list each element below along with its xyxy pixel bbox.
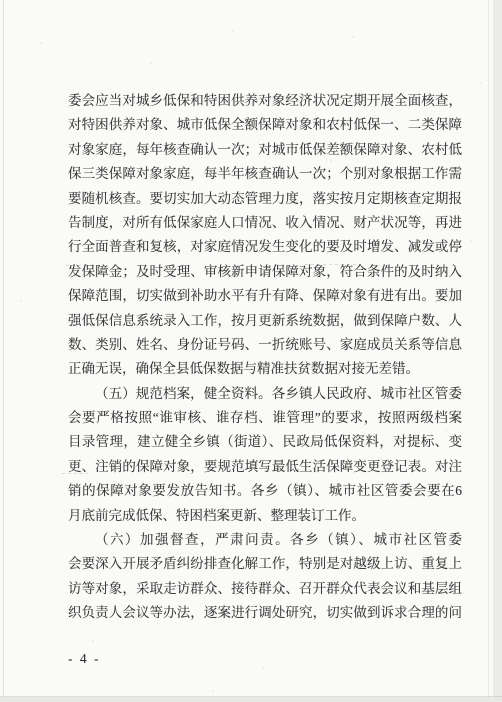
text-line: 销的保障对象要发放告知书。各乡（镇）、城市社区管委会要在6 (68, 479, 462, 503)
text-line: 会要深入开展矛盾纠纷排查化解工作，特别是对越级上访、重复上 (68, 552, 462, 576)
scan-edge-left (3, 0, 4, 702)
text-line: 目录管理，建立健全乡镇（街道）、民政局低保资料，对提标、变 (68, 430, 462, 454)
text-line: 委会应当对城乡低保和特困供养对象经济状况定期开展全面核查， (68, 89, 462, 113)
text-line: 月底前完成低保、特困档案更新、整理装订工作。 (68, 504, 462, 528)
text-line: 要随机核查。要切实加大动态管理力度，落实按月定期核查定期报 (68, 187, 462, 211)
text-line: 发保障金；及时受理、审核新申请保障对象，符合条件的及时纳入 (68, 260, 462, 284)
scan-edge-bottom-band (0, 697, 502, 702)
text-line: 更、注销的保障对象，要规范填写最低生活保障变更登记表。对注 (68, 455, 462, 479)
scan-edge-right-band (493, 0, 502, 702)
text-line: 正确无误，确保全县低保数据与精准扶贫数据对接无差错。 (68, 357, 462, 381)
section-heading-line: （六）加强督查，严肃问责。各乡（镇）、城市社区管委 (68, 528, 462, 552)
text-line: 访等对象，采取走访群众、接待群众、召开群众代表会议和基层组 (68, 577, 462, 601)
text-line: 数、类别、姓名、身份证号码、一折统账号、家庭成员关系等信息 (68, 333, 462, 357)
page-number: - 4 - (68, 651, 101, 667)
section-heading-line: （五）规范档案，健全资料。各乡镇人民政府、城市社区管委 (68, 382, 462, 406)
text-line: 保三类保障对象家庭，每半年核查确认一次；个别对象根据工作需 (68, 162, 462, 186)
text-line: 对特困供养对象、城市低保全额保障对象和农村低保一、二类保障 (68, 113, 462, 137)
text-line: 行全面普查和复核，对家庭情况发生变化的要及时增发、减发或停 (68, 235, 462, 259)
scan-edge-right-line (488, 0, 489, 702)
scanned-document-page: 委会应当对城乡低保和特困供养对象经济状况定期开展全面核查， 对特困供养对象、城市… (0, 0, 502, 702)
document-body-text: 委会应当对城乡低保和特困供养对象经济状况定期开展全面核查， 对特困供养对象、城市… (68, 89, 462, 626)
text-line: 对象家庭，每年核查确认一次；对城市低保差额保障对象、农村低 (68, 138, 462, 162)
text-line: 告制度，对所有低保家庭人口情况、收入情况、财产状况等，再进 (68, 211, 462, 235)
scan-speckles (0, 0, 2, 2)
text-line: 强低保信息系统录入工作，按月更新系统数据，做到保障户数、人 (68, 309, 462, 333)
text-line: 会要严格按照“谁审核、谁存档、谁管理”的要求，按照两级档案 (68, 406, 462, 430)
text-line: 保障范围，切实做到补助水平有升有降、保障对象有进有出。要加 (68, 284, 462, 308)
text-line: 织负责人会议等办法，逐案进行调处研究，切实做到诉求合理的问 (68, 601, 462, 625)
